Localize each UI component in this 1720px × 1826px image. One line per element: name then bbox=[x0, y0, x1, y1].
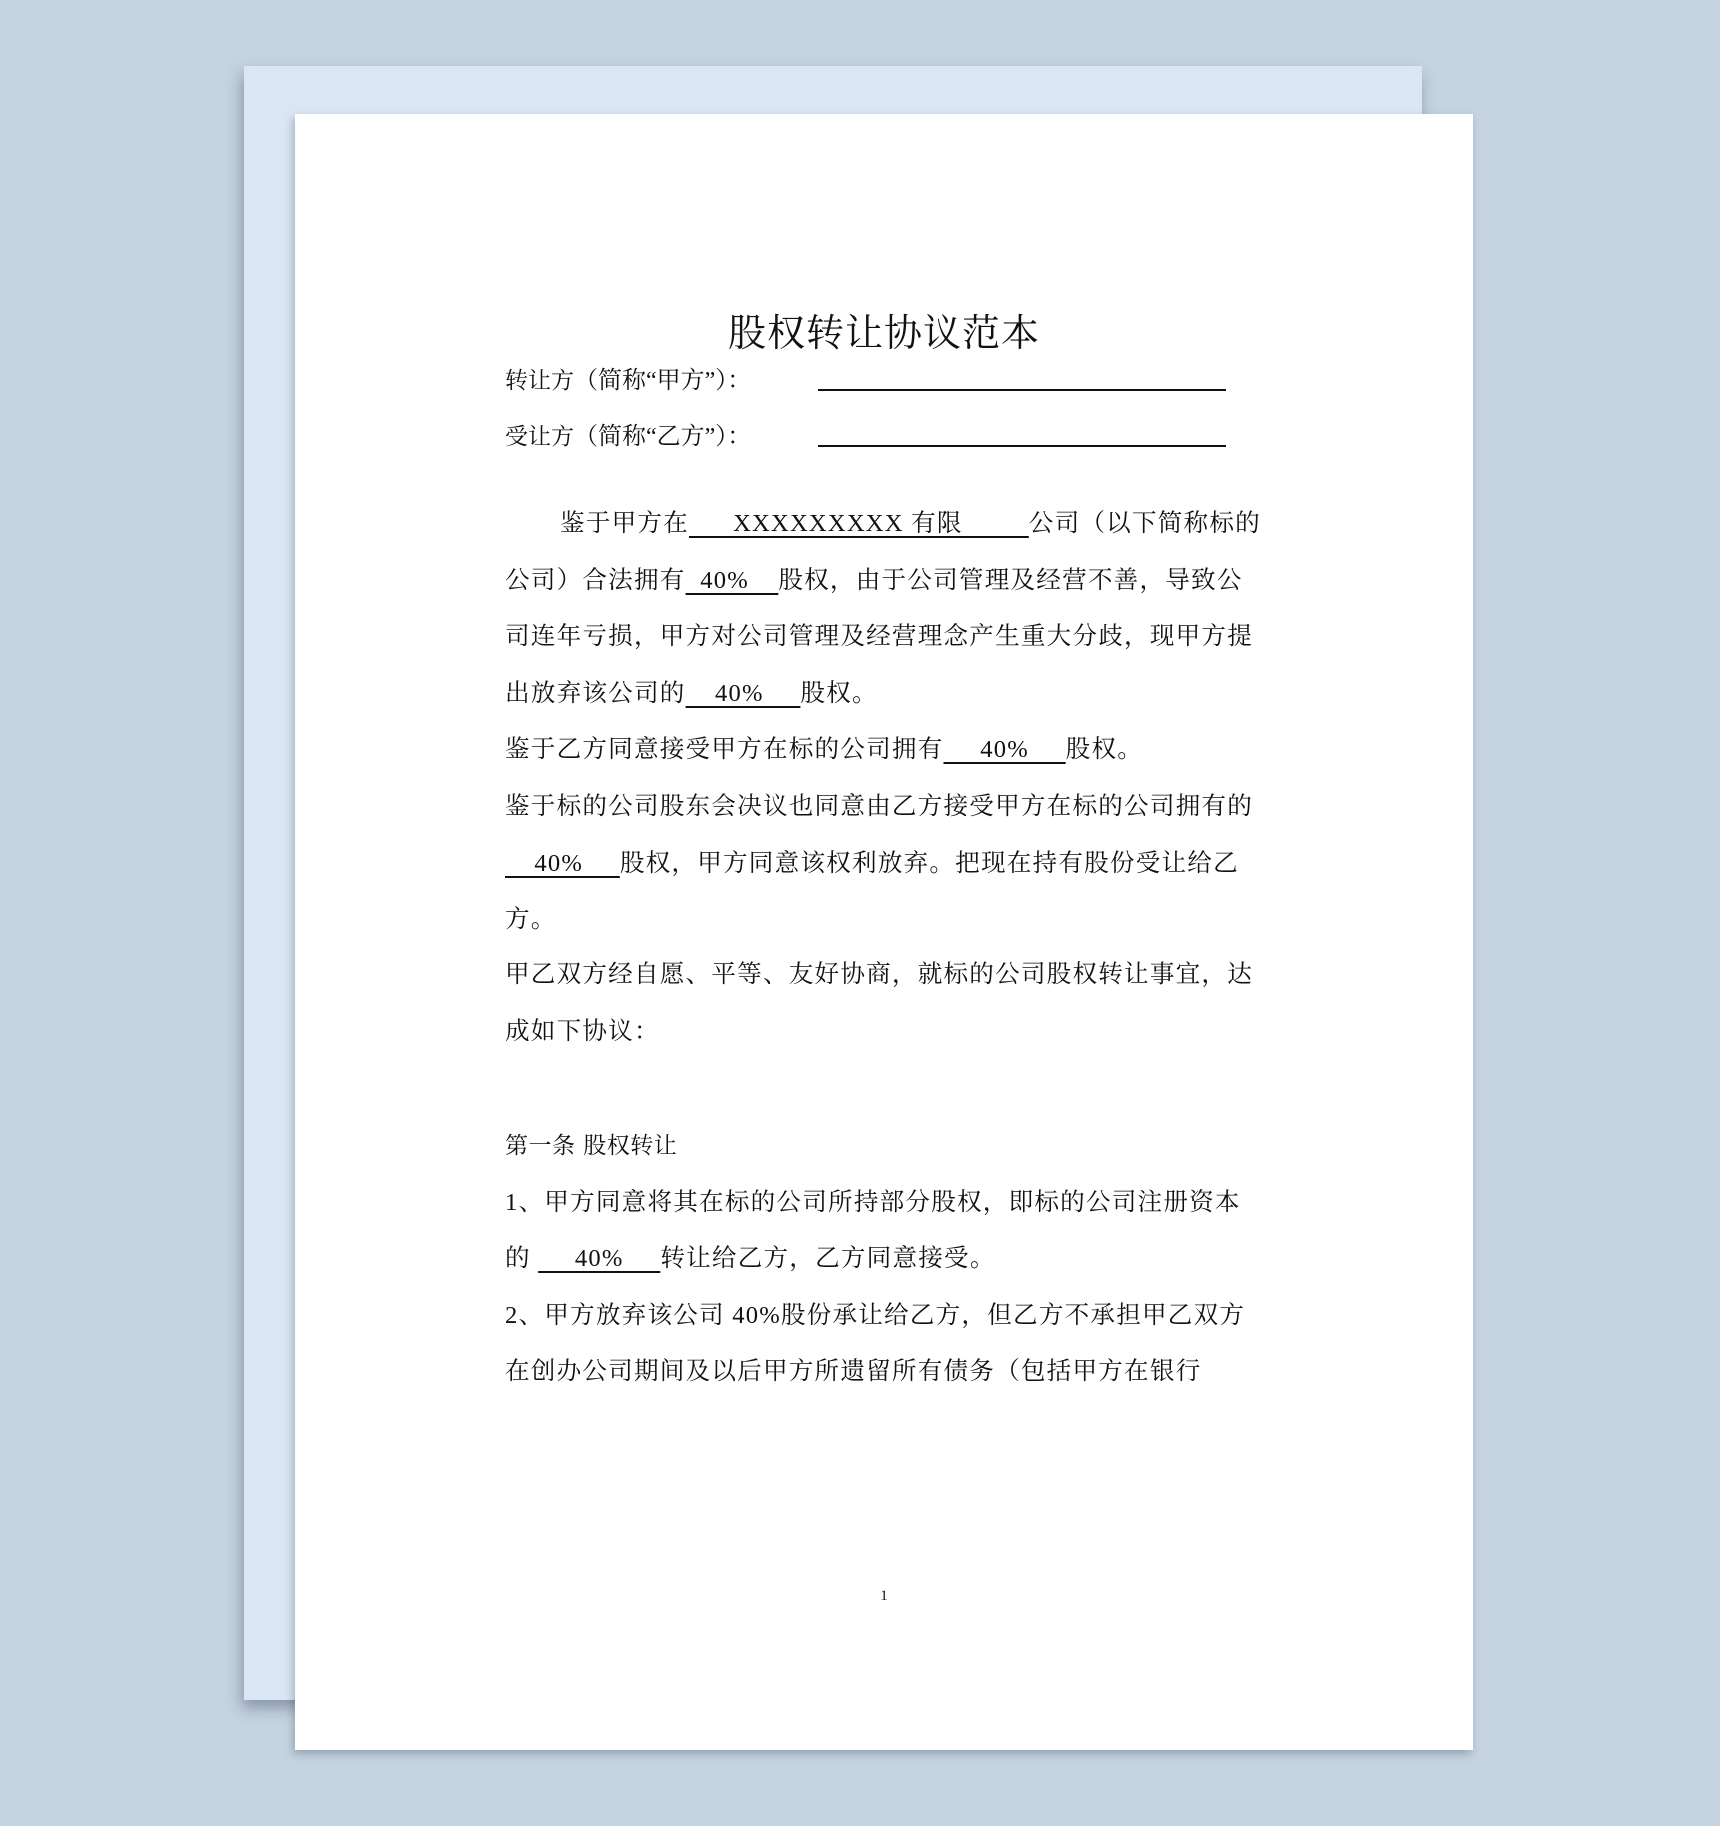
recitals-section: 鉴于甲方在 XXXXXXXXX 有限 公司（以下简称标的公司）合法拥有 40% … bbox=[505, 496, 1265, 949]
transferor-label: 转让方 bbox=[505, 368, 574, 394]
recital-paragraph-1: 鉴于甲方在 XXXXXXXXX 有限 公司（以下简称标的公司）合法拥有 40% … bbox=[505, 496, 1265, 722]
share-percent-fill: 40% bbox=[944, 736, 1066, 763]
transferee-blank-field[interactable] bbox=[818, 445, 1226, 447]
company-name-fill: XXXXXXXXX 有限 bbox=[689, 510, 1029, 537]
share-percent-fill: 40% bbox=[686, 567, 779, 594]
article-1-clause-2: 2、甲方放弃该公司 40%股份承让给乙方，但乙方不承担甲乙双方在创办公司期间及以… bbox=[505, 1288, 1265, 1401]
share-percent-fill: 40% bbox=[686, 680, 801, 707]
transferor-line: 转让方（简称“甲方”）： bbox=[505, 361, 751, 401]
agreement-intro: 甲乙双方经自愿、平等、友好协商，就标的公司股权转让事宜，达成如下协议： bbox=[505, 947, 1265, 1060]
recital-1-text-a: 鉴于甲方在 bbox=[560, 510, 689, 537]
recital-3-text-a: 鉴于标的公司股东会决议也同意由乙方接受甲方在标的公司拥有的 bbox=[505, 793, 1253, 820]
clause-1-text-b: 转让给乙方，乙方同意接受。 bbox=[660, 1245, 995, 1272]
share-percent-fill: 40% bbox=[538, 1245, 660, 1272]
transferee-label-rest: （简称“乙方”）： bbox=[574, 424, 751, 450]
recital-paragraph-2: 鉴于乙方同意接受甲方在标的公司拥有 40% 股权。 bbox=[505, 722, 1265, 779]
transferee-label: 受让方 bbox=[505, 424, 574, 450]
article-1-heading: 第一条 股权转让 bbox=[505, 1118, 1265, 1175]
recital-2-text-a: 鉴于乙方同意接受甲方在标的公司拥有 bbox=[505, 736, 944, 763]
transferor-blank-field[interactable] bbox=[818, 389, 1226, 391]
recital-1-text-d: 股权。 bbox=[800, 680, 877, 707]
document-page: 股权转让协议范本 转让方（简称“甲方”）： 受让方（简称“乙方”）： 鉴于甲方在… bbox=[295, 114, 1473, 1750]
recital-paragraph-3: 鉴于标的公司股东会决议也同意由乙方接受甲方在标的公司拥有的 40% 股权，甲方同… bbox=[505, 779, 1265, 949]
article-1-clause-1: 1、甲方同意将其在标的公司所持部分股权，即标的公司注册资本的 40% 转让给乙方… bbox=[505, 1175, 1265, 1288]
transferor-label-rest: （简称“甲方”）： bbox=[574, 368, 751, 394]
share-percent-fill: 40% bbox=[505, 850, 620, 877]
document-title: 股权转让协议范本 bbox=[295, 302, 1473, 357]
article-1-section: 第一条 股权转让 1、甲方同意将其在标的公司所持部分股权，即标的公司注册资本的 … bbox=[505, 1118, 1265, 1401]
transferee-line: 受让方（简称“乙方”）： bbox=[505, 417, 751, 457]
page-number: 1 bbox=[295, 1588, 1473, 1605]
recital-2-text-b: 股权。 bbox=[1066, 736, 1143, 763]
agreement-intro-section: 甲乙双方经自愿、平等、友好协商，就标的公司股权转让事宜，达成如下协议： bbox=[505, 947, 1265, 1060]
